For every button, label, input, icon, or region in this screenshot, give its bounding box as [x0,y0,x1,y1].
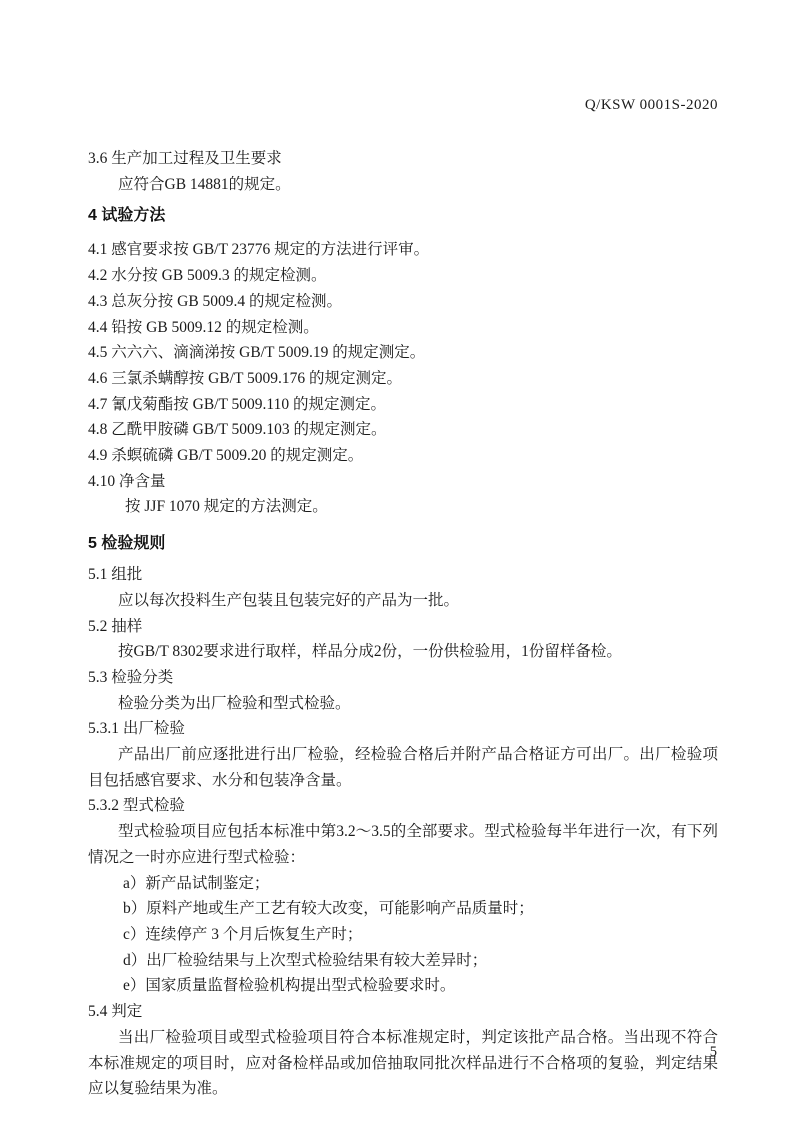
clause-5-3-body: 检验分类为出厂检验和型式检验。 [88,691,718,717]
document-header: Q/KSW 0001S-2020 [88,97,718,114]
clause-5-4-body: 当出厂检验项目或型式检验项目符合本标准规定时，判定该批产品合格。当出现不符合本标… [88,1025,718,1102]
clause-4-8: 4.8 乙酰甲胺磷 GB/T 5009.103 的规定测定。 [88,417,718,443]
clause-5-3-2-body: 型式检验项目应包括本标准中第3.2～3.5的全部要求。型式检验每半年进行一次，有… [88,819,718,870]
clause-4-1: 4.1 感官要求按 GB/T 23776 规定的方法进行评审。 [88,237,718,263]
clause-3-6-title: 3.6 生产加工过程及卫生要求 [88,146,718,172]
clause-5-2-title: 5.2 抽样 [88,614,718,640]
condition-item-c: c）连续停产 3 个月后恢复生产时； [88,922,718,948]
clause-5-3-1-body: 产品出厂前应逐批进行出厂检验，经检验合格后并附产品合格证方可出厂。出厂检验项目包… [88,742,718,793]
clause-5-3-title: 5.3 检验分类 [88,665,718,691]
document-content: 3.6 生产加工过程及卫生要求 应符合GB 14881的规定。 4 试验方法 4… [88,146,718,1102]
clause-5-3-2-title: 5.3.2 型式检验 [88,793,718,819]
condition-item-b: b）原料产地或生产工艺有较大改变，可能影响产品质量时； [88,896,718,922]
clause-4-6: 4.6 三氯杀螨醇按 GB/T 5009.176 的规定测定。 [88,366,718,392]
clause-5-4-title: 5.4 判定 [88,999,718,1025]
doc-number: Q/KSW 0001S-2020 [585,97,718,113]
clause-5-3-1-title: 5.3.1 出厂检验 [88,716,718,742]
condition-item-e: e）国家质量监督检验机构提出型式检验要求时。 [88,973,718,999]
clause-3-6-body: 应符合GB 14881的规定。 [88,172,718,198]
clause-4-10-body: 按 JJF 1070 规定的方法测定。 [88,494,718,520]
condition-item-d: d）出厂检验结果与上次型式检验结果有较大差异时； [88,948,718,974]
clause-4-4: 4.4 铅按 GB 5009.12 的规定检测。 [88,315,718,341]
clause-4-5: 4.5 六六六、滴滴涕按 GB/T 5009.19 的规定测定。 [88,340,718,366]
page-number: 5 [710,1044,717,1061]
clause-5-1-body: 应以每次投料生产包装且包装完好的产品为一批。 [88,588,718,614]
clause-4-3: 4.3 总灰分按 GB 5009.4 的规定检测。 [88,289,718,315]
document-page: Q/KSW 0001S-2020 3.6 生产加工过程及卫生要求 应符合GB 1… [0,0,793,1122]
type-inspection-condition-list: a）新产品试制鉴定； b）原料产地或生产工艺有较大改变，可能影响产品质量时； c… [88,871,718,1000]
chapter-4-heading: 4 试验方法 [88,203,718,229]
clause-5-2-body: 按GB/T 8302要求进行取样，样品分成2份，一份供检验用，1份留样备检。 [88,639,718,665]
clause-4-7: 4.7 氰戊菊酯按 GB/T 5009.110 的规定测定。 [88,392,718,418]
clause-5-1-title: 5.1 组批 [88,562,718,588]
chapter-5-heading: 5 检验规则 [88,531,718,557]
clause-4-2: 4.2 水分按 GB 5009.3 的规定检测。 [88,263,718,289]
clause-4-10-title: 4.10 净含量 [88,469,718,495]
condition-item-a: a）新产品试制鉴定； [88,871,718,897]
clause-4-9: 4.9 杀螟硫磷 GB/T 5009.20 的规定测定。 [88,443,718,469]
